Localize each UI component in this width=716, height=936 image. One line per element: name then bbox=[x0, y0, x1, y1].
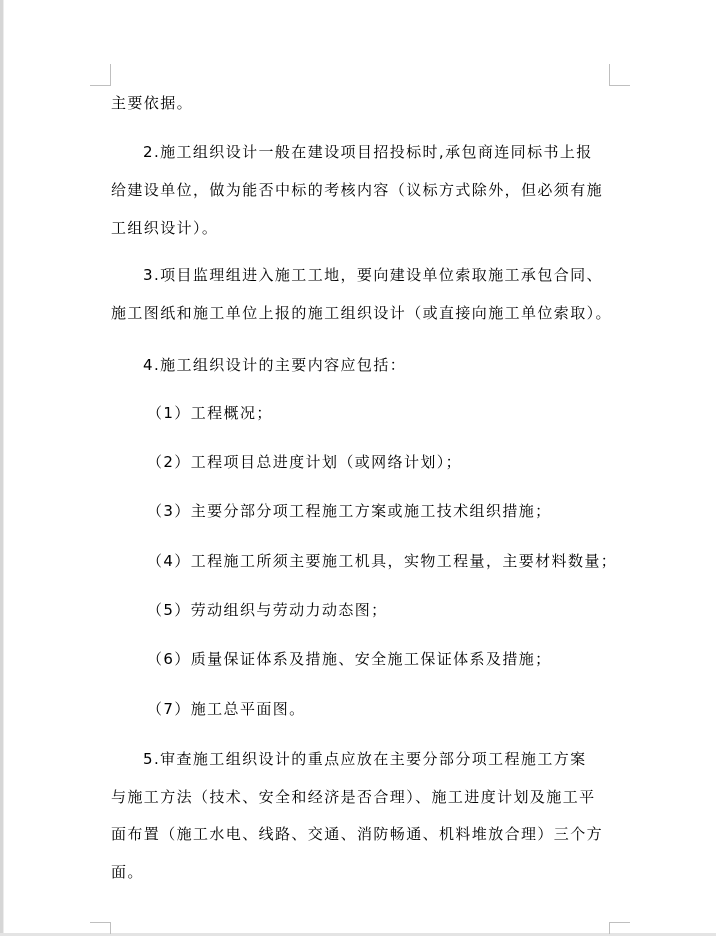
list-item: （1）工程概况； bbox=[147, 403, 647, 423]
paragraph-line: 施工图纸和施工单位上报的施工组织设计（或直接向施工单位索取）。 bbox=[111, 303, 611, 323]
paragraph-line: 5.审查施工组织设计的重点应放在主要分部分项工程施工方案 bbox=[143, 749, 643, 769]
list-item: （6）质量保证体系及措施、安全施工保证体系及措施； bbox=[147, 649, 647, 669]
list-item: （2）工程项目总进度计划（或网络计划）； bbox=[147, 452, 647, 472]
list-item: （5）劳动组织与劳动力动态图； bbox=[147, 600, 647, 620]
list-item: （3）主要分部分项工程施工方案或施工技术组织措施； bbox=[147, 501, 647, 521]
continuation-text: 主要依据。 bbox=[111, 93, 611, 113]
paragraph-line: 工组织设计）。 bbox=[111, 218, 611, 238]
paragraph-line: 4.施工组织设计的主要内容应包括： bbox=[143, 355, 643, 375]
paragraph-line: 面。 bbox=[111, 862, 611, 882]
left-gutter-line bbox=[3, 0, 4, 936]
paragraph-line: 给建设单位，做为能否中标的考核内容（议标方式除外，但必须有施 bbox=[111, 180, 611, 200]
paragraph-line: 3.项目监理组进入施工工地，要向建设单位索取施工承包合同、 bbox=[143, 265, 643, 285]
list-item: （7）施工总平面图。 bbox=[147, 699, 647, 719]
paragraph-line: 面布置（施工水电、线路、交通、消防畅通、机料堆放合理）三个方 bbox=[111, 824, 611, 844]
list-item: （4）工程施工所须主要施工机具，实物工程量，主要材料数量； bbox=[147, 551, 647, 571]
paragraph-line: 2.施工组织设计一般在建设项目招投标时,承包商连同标书上报 bbox=[143, 142, 643, 162]
paragraph-line: 与施工方法（技术、安全和经济是否合理）、施工进度计划及施工平 bbox=[111, 787, 611, 807]
